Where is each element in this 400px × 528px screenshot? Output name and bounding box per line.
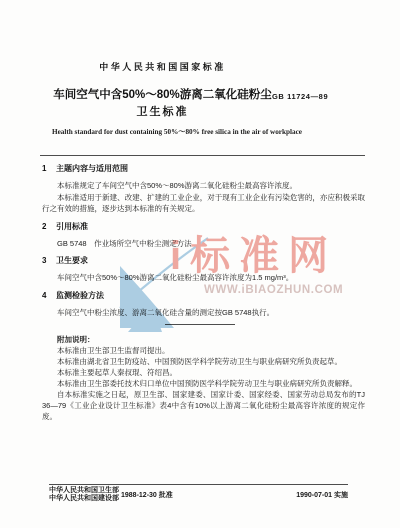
paragraph: GB 5748 作业场所空气中粉尘测定方法 <box>42 238 365 250</box>
issuer-line2: 中华人民共和国建设部 <box>49 495 119 503</box>
implementation-date: 1990-07-01 实施 <box>296 490 348 500</box>
additional-notes-heading: 附加说明： <box>42 334 365 345</box>
standard-number: GB 11724—89 <box>272 92 328 101</box>
section-heading: 2引用标准 <box>42 221 365 233</box>
paragraph: 本标准规定了车间空气中含50%～80%游离二氧化硅粉尘最高容许浓度。 <box>42 180 365 192</box>
issuing-authorities: 中华人民共和国卫生部 中华人民共和国建设部 <box>49 487 119 503</box>
section-heading-text: 卫生要求 <box>56 256 88 265</box>
additional-note-line: 本标准由卫生部卫生监督司提出。 <box>42 345 365 356</box>
issuer-line1: 中华人民共和国卫生部 <box>49 487 119 495</box>
document-body: 1主题内容与适用范围 本标准规定了车间空气中含50%～80%游离二氧化硅粉尘最高… <box>42 163 365 318</box>
section-monitoring-method: 4监测检验方法 车间空气中粉尘浓度、游离二氧化硅含量的测定按GB 5748执行。 <box>42 290 365 319</box>
section-heading: 4监测检验方法 <box>42 290 365 302</box>
standard-type-line: 中华人民共和国国家标准 <box>40 60 285 73</box>
header-divider <box>40 155 365 156</box>
section-end-divider <box>165 324 235 325</box>
additional-note-line: 自本标准实施之日起，原卫生部、国家建委、国家计委、国家经委、国家劳动总局发布的T… <box>42 389 365 422</box>
paragraph: 车间空气中粉尘浓度、游离二氧化硅含量的测定按GB 5748执行。 <box>42 307 365 319</box>
additional-note-line: 本标准由卫生部委托技术归口单位中国预防医学科学院劳动卫生与职业病研究所负责解释。 <box>42 378 365 389</box>
section-heading-text: 主题内容与适用范围 <box>56 164 128 173</box>
section-number: 3 <box>42 255 56 267</box>
document-title-line1: 车间空气中含50%～80%游离二氧化硅粉尘 <box>20 86 305 102</box>
additional-notes: 附加说明： 本标准由卫生部卫生监督司提出。 本标准由湖北省卫生防疫站、中国预防医… <box>42 334 365 422</box>
additional-note-line: 本标准由湖北省卫生防疫站、中国预防医学科学院劳动卫生与职业病研究所负责起草。 <box>42 356 365 367</box>
paragraph: 本标准适用于新建、改建、扩建的工业企业，对于现有工业企业有污染危害的，亦应积极采… <box>42 192 365 215</box>
section-health-requirement: 3卫生要求 车间空气中含50%～80%游离二氧化硅粉尘最高容许浓度为1.5 mg… <box>42 255 365 284</box>
section-number: 2 <box>42 221 56 233</box>
section-references: 2引用标准 GB 5748 作业场所空气中粉尘测定方法 <box>42 221 365 250</box>
approval-date: 1988-12-30 批准 <box>121 490 173 500</box>
section-heading: 3卫生要求 <box>42 255 365 267</box>
document-title-line2: 卫生标准 <box>40 103 285 119</box>
scanned-standard-document: i标准网 WWW.iBIAOZHUN.COM 中华人民共和国国家标准 车间空气中… <box>0 0 400 528</box>
section-number: 1 <box>42 163 56 175</box>
document-footer: 中华人民共和国卫生部 中华人民共和国建设部 1988-12-30 批准 1990… <box>49 484 348 503</box>
section-heading-text: 监测检验方法 <box>56 291 104 300</box>
section-scope: 1主题内容与适用范围 本标准规定了车间空气中含50%～80%游离二氧化硅粉尘最高… <box>42 163 365 215</box>
additional-note-line: 本标准主要起草人秦叔琨、符绍昌。 <box>42 367 365 378</box>
section-heading: 1主题内容与适用范围 <box>42 163 365 175</box>
section-number: 4 <box>42 290 56 302</box>
section-heading-text: 引用标准 <box>56 222 88 231</box>
english-subtitle: Health standard for dust containing 50%～… <box>52 127 372 137</box>
paragraph: 车间空气中含50%～80%游离二氧化硅粉尘最高容许浓度为1.5 mg/m³。 <box>42 272 365 284</box>
